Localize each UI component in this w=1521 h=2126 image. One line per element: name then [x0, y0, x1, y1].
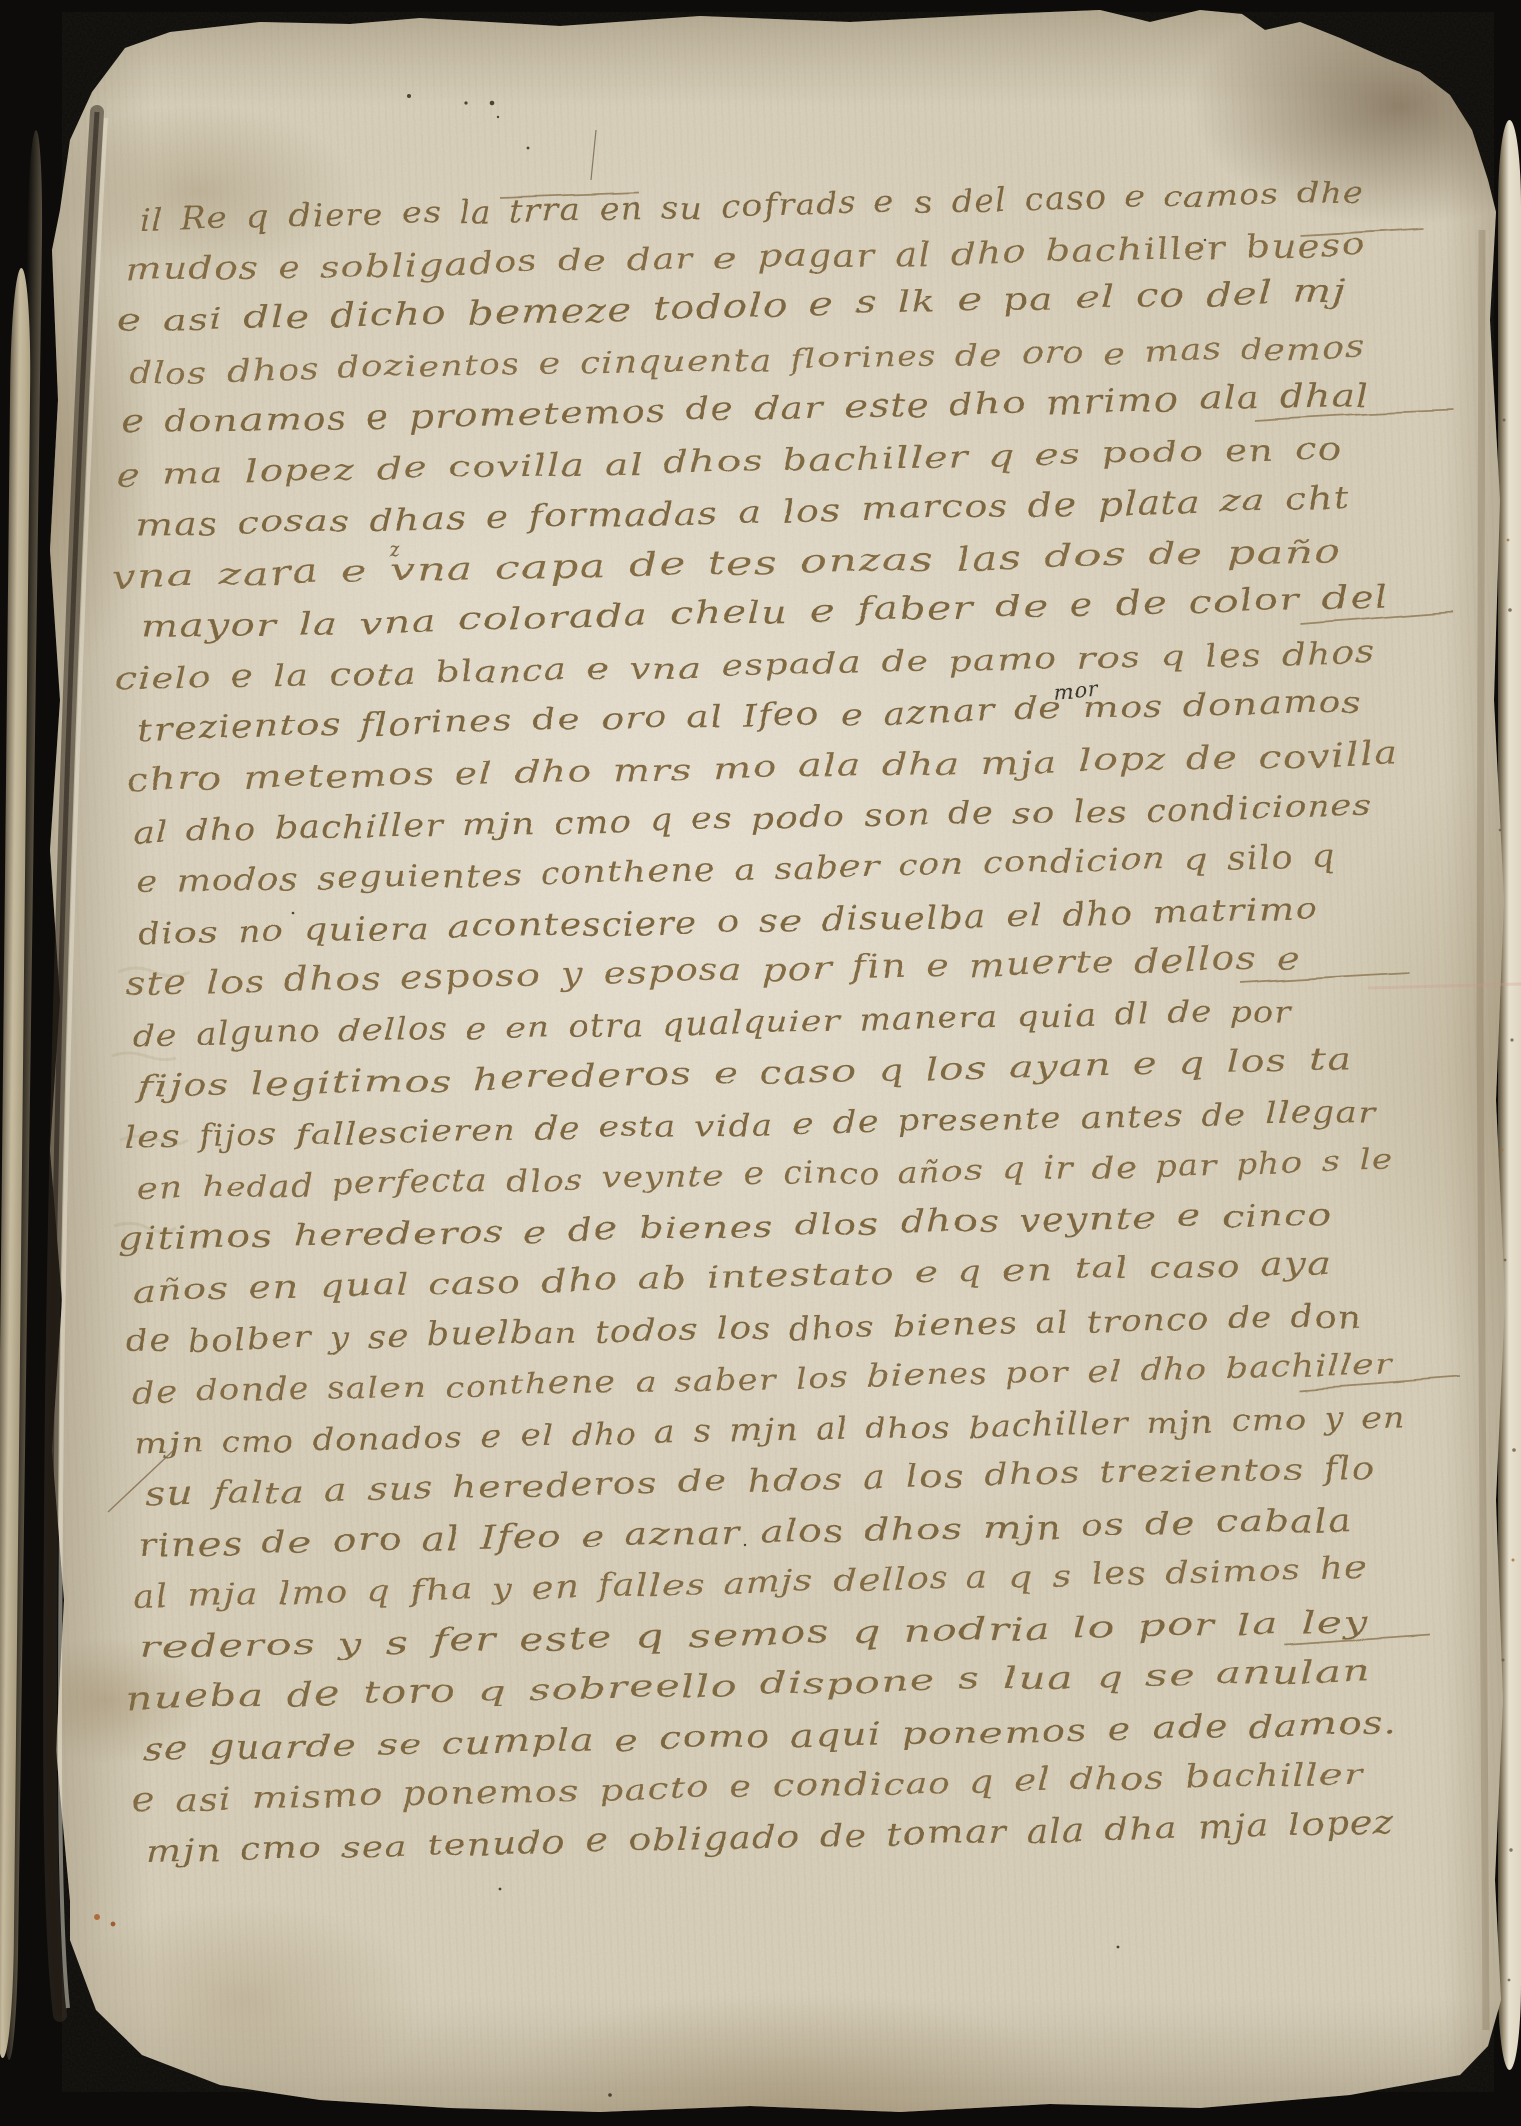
foxing-dot [1508, 1979, 1511, 1982]
foxing-dot [1512, 1448, 1516, 1452]
foxing-dot [1508, 608, 1512, 612]
foxing-dot [1512, 1559, 1515, 1562]
foxing-dot [1504, 1259, 1507, 1262]
foxing-dot [1502, 1659, 1505, 1662]
foxing-dot [1509, 1848, 1512, 1851]
foxing-dot [1503, 419, 1506, 422]
facing-edge-speckles [1499, 419, 1516, 1982]
ink-speck [608, 2093, 612, 2097]
foxing-dot [1507, 539, 1510, 542]
paper-grain-texture [62, 12, 1494, 2092]
foxing-dot [1510, 1038, 1513, 1041]
page-artwork-overlay: il Re q diere es la trra en su cofrads e… [0, 0, 1521, 2126]
foxing-dot [1501, 1149, 1504, 1152]
manuscript-scan: il Re q diere es la trra en su cofrads e… [0, 0, 1521, 2126]
foxing-dot [1499, 829, 1502, 832]
